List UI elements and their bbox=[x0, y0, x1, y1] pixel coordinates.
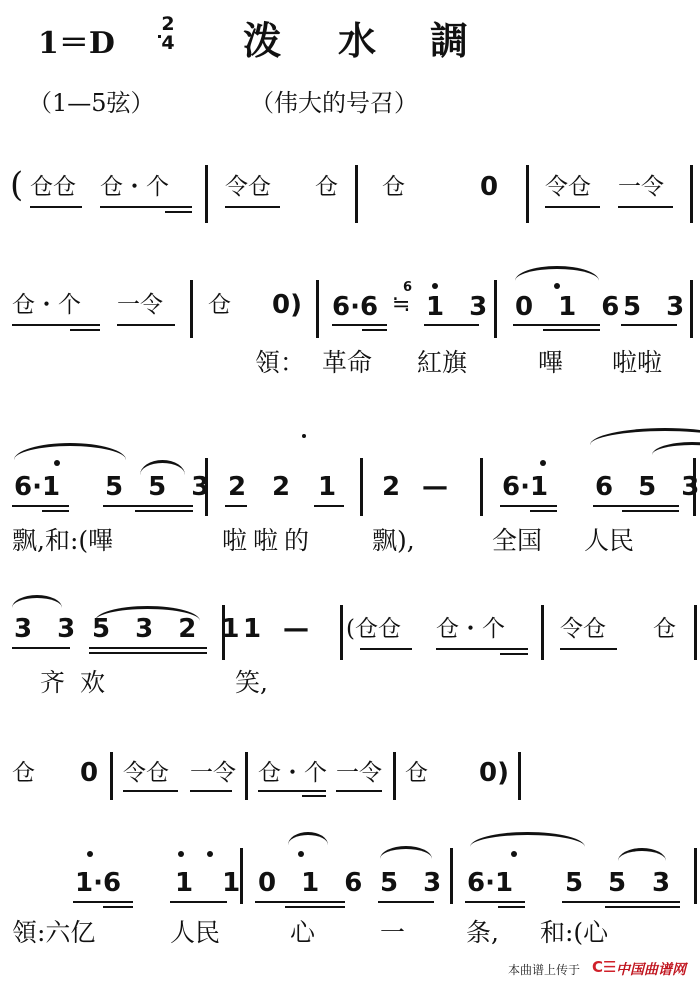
lyric: 条, bbox=[466, 918, 499, 948]
slur bbox=[380, 846, 432, 859]
grace-mark: ≒ bbox=[392, 292, 410, 317]
perc-cang: 仓 bbox=[315, 172, 338, 202]
note-16: 1·6 bbox=[75, 868, 121, 898]
underline bbox=[500, 653, 528, 655]
perc-lingcang: 令仓 bbox=[545, 172, 591, 202]
underline bbox=[89, 652, 207, 654]
barline bbox=[541, 605, 544, 660]
underline bbox=[225, 505, 247, 507]
lyric: 笑, bbox=[235, 668, 268, 698]
lyric: 飘,和:(嗶 bbox=[12, 526, 113, 556]
perc-cang-ge: 仓・个 bbox=[258, 758, 327, 788]
note-553: 5 5 3 bbox=[105, 472, 217, 502]
lyric: 飘), bbox=[372, 526, 415, 556]
underline bbox=[378, 901, 434, 903]
underline bbox=[117, 324, 175, 326]
lyric: 人民 bbox=[170, 918, 220, 948]
barline bbox=[110, 752, 113, 800]
note-66: 6·6 bbox=[332, 292, 378, 322]
stray-dot bbox=[302, 434, 306, 438]
note-rest-close: 0) bbox=[272, 290, 302, 320]
perc-cang: 仓 bbox=[208, 290, 231, 320]
lyric: 紅旗 bbox=[417, 348, 467, 378]
note-1: 1 bbox=[243, 614, 261, 644]
underline bbox=[70, 329, 100, 331]
underline bbox=[436, 648, 528, 650]
high-dot bbox=[511, 851, 517, 857]
barline bbox=[526, 165, 529, 223]
underline bbox=[605, 906, 680, 908]
barline bbox=[360, 458, 363, 516]
key-signature: 1＝D bbox=[38, 18, 115, 62]
underline bbox=[465, 901, 525, 903]
note-653: 6 5 3 bbox=[595, 472, 700, 502]
barline bbox=[450, 848, 453, 904]
barline bbox=[245, 752, 248, 800]
lyric: 啦啦 bbox=[612, 348, 662, 378]
slur bbox=[470, 832, 585, 847]
underline bbox=[500, 505, 557, 507]
high-dot bbox=[554, 283, 560, 289]
underline bbox=[302, 795, 326, 797]
note-rest: 0 bbox=[480, 172, 498, 202]
lyric: 人民 bbox=[584, 526, 634, 556]
note-2: 2 bbox=[382, 472, 400, 502]
underline bbox=[593, 505, 679, 507]
barline bbox=[518, 752, 521, 800]
barline bbox=[355, 165, 358, 223]
open-paren: ( bbox=[10, 165, 23, 205]
slur bbox=[12, 595, 62, 608]
time-sig-bottom: 4 bbox=[161, 32, 174, 54]
underline bbox=[498, 906, 525, 908]
perc-cang: 仓 bbox=[382, 172, 405, 202]
barline bbox=[316, 280, 319, 338]
perc-lingcang: 令仓 bbox=[123, 758, 169, 788]
underline bbox=[225, 206, 280, 208]
underline bbox=[42, 510, 69, 512]
underline bbox=[621, 324, 677, 326]
underline bbox=[618, 206, 673, 208]
note-13: 1 3 bbox=[426, 292, 495, 322]
underline bbox=[89, 647, 207, 649]
barline bbox=[690, 165, 693, 223]
underline bbox=[258, 790, 326, 792]
high-dot bbox=[540, 460, 546, 466]
underline bbox=[562, 901, 680, 903]
underline bbox=[103, 505, 193, 507]
lyric: 啦啦的 bbox=[222, 526, 315, 556]
barline bbox=[190, 280, 193, 338]
perc-cang: 仓 bbox=[405, 758, 428, 788]
note-61: 6·1 bbox=[502, 472, 548, 502]
perc-cang: 仓 bbox=[653, 614, 676, 644]
barline bbox=[222, 605, 225, 660]
site-name-link[interactable]: 中国曲谱网 bbox=[616, 959, 686, 979]
subtitle: （伟大的号召） bbox=[250, 83, 418, 118]
note-61: 6·1 bbox=[467, 868, 513, 898]
slur bbox=[288, 832, 328, 845]
underline bbox=[73, 901, 133, 903]
underline bbox=[545, 206, 600, 208]
high-dot bbox=[54, 460, 60, 466]
underline bbox=[170, 901, 227, 903]
underline bbox=[165, 211, 192, 213]
perc-yiling: 一令 bbox=[117, 290, 163, 320]
time-signature: 2 4 bbox=[158, 15, 178, 53]
note-dash: — bbox=[283, 614, 309, 644]
tuning-label: （1—5弦） bbox=[28, 83, 155, 118]
underline bbox=[336, 790, 382, 792]
lyric: 和:(心 bbox=[540, 918, 608, 948]
barline bbox=[393, 752, 396, 800]
note-rest-close: 0) bbox=[479, 758, 509, 788]
underline bbox=[560, 648, 617, 650]
underline bbox=[513, 324, 600, 326]
perc-yiling: 一令 bbox=[336, 758, 382, 788]
underline bbox=[360, 648, 412, 650]
lyric: 領： bbox=[255, 348, 305, 378]
note-rest: 0 bbox=[80, 758, 98, 788]
underline bbox=[285, 906, 345, 908]
lyric: 欢 bbox=[80, 668, 105, 698]
time-sig-bar bbox=[158, 35, 161, 38]
site-logo-icon: C☰ bbox=[592, 958, 616, 976]
note-1: 1 bbox=[318, 472, 336, 502]
slur bbox=[14, 443, 126, 460]
lyric: 領:六亿 bbox=[12, 918, 95, 948]
note-2: 2 bbox=[228, 472, 246, 502]
perc-cangcang: (仓仓 bbox=[346, 614, 401, 644]
underline bbox=[190, 790, 232, 792]
underline bbox=[332, 324, 387, 326]
lyric: 齐 bbox=[40, 668, 65, 698]
note-2: 2 bbox=[272, 472, 290, 502]
title-char-2: 水 bbox=[338, 10, 376, 65]
high-dot bbox=[87, 851, 93, 857]
barline bbox=[694, 605, 697, 660]
barline bbox=[480, 458, 483, 516]
high-dot bbox=[298, 851, 304, 857]
barline bbox=[240, 848, 243, 904]
slur bbox=[618, 848, 666, 861]
perc-cang: 仓 bbox=[12, 758, 35, 788]
underline bbox=[622, 510, 679, 512]
barline bbox=[340, 605, 343, 660]
high-dot bbox=[432, 283, 438, 289]
perc-cang-ge: 仓・个 bbox=[12, 290, 81, 320]
perc-cangcang: 仓仓 bbox=[30, 172, 76, 202]
perc-lingcang: 令仓 bbox=[560, 614, 606, 644]
barline bbox=[694, 848, 697, 904]
barline bbox=[205, 458, 208, 516]
title-char-1: 泼 bbox=[243, 10, 281, 65]
footer-upload-text: 本曲谱上传于 bbox=[508, 961, 580, 978]
note-11: 1 1 bbox=[175, 868, 250, 898]
underline bbox=[12, 324, 100, 326]
note-61: 6·1 bbox=[14, 472, 60, 502]
lyric: 一 bbox=[380, 918, 405, 948]
perc-yiling: 一令 bbox=[618, 172, 664, 202]
underline bbox=[12, 505, 69, 507]
perc-yiling: 一令 bbox=[190, 758, 236, 788]
note-016: 0 1 6 bbox=[515, 292, 627, 322]
underline bbox=[30, 206, 82, 208]
underline bbox=[255, 901, 345, 903]
title-char-3: 調 bbox=[430, 10, 468, 65]
note-016: 0 1 6 bbox=[258, 868, 370, 898]
underline bbox=[362, 329, 387, 331]
lyric: 革命 bbox=[322, 348, 372, 378]
underline bbox=[103, 906, 133, 908]
note-53: 5 3 bbox=[380, 868, 449, 898]
slur bbox=[515, 266, 599, 281]
high-dot bbox=[207, 851, 213, 857]
underline bbox=[543, 329, 600, 331]
barline bbox=[494, 280, 497, 338]
underline bbox=[100, 206, 192, 208]
lyric: 嗶 bbox=[538, 348, 563, 378]
underline bbox=[424, 324, 479, 326]
perc-lingcang: 令仓 bbox=[225, 172, 271, 202]
barline bbox=[693, 458, 696, 516]
note-53: 5 3 bbox=[623, 292, 692, 322]
high-dot bbox=[178, 851, 184, 857]
underline bbox=[123, 790, 178, 792]
lyric: 全国 bbox=[492, 526, 542, 556]
underline bbox=[530, 510, 557, 512]
note-3: 3 bbox=[652, 868, 670, 898]
underline bbox=[314, 505, 344, 507]
note-33: 3 3 bbox=[14, 614, 83, 644]
underline bbox=[12, 647, 70, 649]
underline bbox=[135, 510, 193, 512]
perc-cang-ge: 仓・个 bbox=[100, 172, 169, 202]
note-5: 5 bbox=[565, 868, 583, 898]
lyric: 心 bbox=[290, 918, 315, 948]
barline bbox=[690, 280, 693, 338]
barline bbox=[205, 165, 208, 223]
note-dash: — bbox=[422, 472, 448, 502]
note-5: 5 bbox=[608, 868, 626, 898]
perc-cang-ge: 仓・个 bbox=[436, 614, 505, 644]
